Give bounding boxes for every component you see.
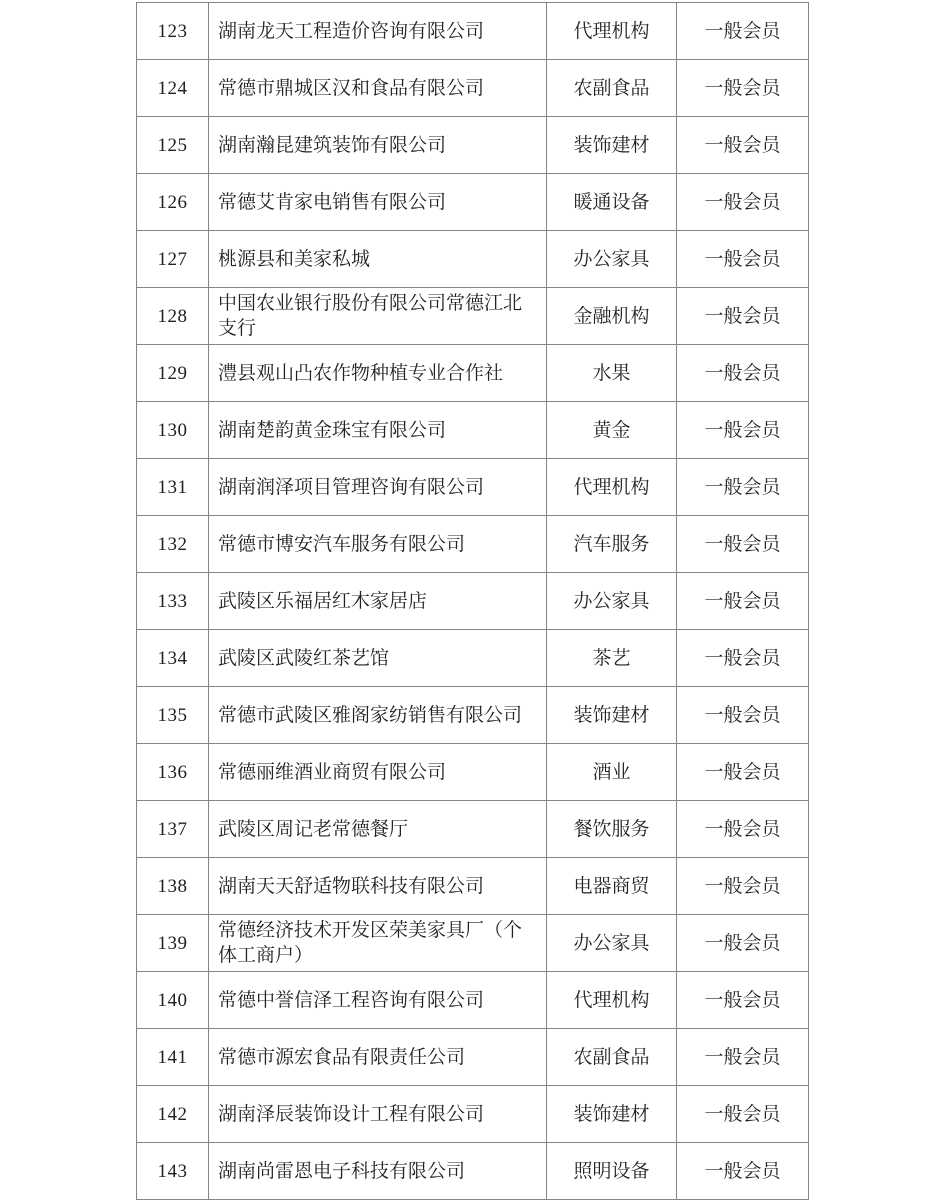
- industry-category-cell: 农副食品: [547, 60, 677, 117]
- company-name-cell: 常德市武陵区雅阁家纺销售有限公司: [209, 687, 547, 744]
- company-name-cell: 湖南楚韵黄金珠宝有限公司: [209, 402, 547, 459]
- industry-category-cell: 装饰建材: [547, 687, 677, 744]
- industry-category-cell: 照明设备: [547, 1143, 677, 1200]
- company-name-cell: 武陵区周记老常德餐厅: [209, 801, 547, 858]
- company-name-cell: 湖南润泽项目管理咨询有限公司: [209, 459, 547, 516]
- table-row: 126 常德艾肯家电销售有限公司 暖通设备 一般会员: [137, 174, 809, 231]
- row-number-cell: 141: [137, 1029, 209, 1086]
- membership-type-cell: 一般会员: [677, 60, 809, 117]
- membership-type-cell: 一般会员: [677, 1086, 809, 1143]
- table-row: 124 常德市鼎城区汉和食品有限公司 农副食品 一般会员: [137, 60, 809, 117]
- table-row: 134 武陵区武陵红茶艺馆 茶艺 一般会员: [137, 630, 809, 687]
- table-row: 143 湖南尚雷恩电子科技有限公司 照明设备 一般会员: [137, 1143, 809, 1200]
- industry-category-cell: 电器商贸: [547, 858, 677, 915]
- company-name-cell: 桃源县和美家私城: [209, 231, 547, 288]
- membership-type-cell: 一般会员: [677, 573, 809, 630]
- table-row: 141 常德市源宏食品有限责任公司 农副食品 一般会员: [137, 1029, 809, 1086]
- row-number-cell: 133: [137, 573, 209, 630]
- membership-type-cell: 一般会员: [677, 744, 809, 801]
- membership-type-cell: 一般会员: [677, 915, 809, 972]
- row-number-cell: 125: [137, 117, 209, 174]
- row-number-cell: 135: [137, 687, 209, 744]
- table-row: 125 湖南瀚昆建筑装饰有限公司 装饰建材 一般会员: [137, 117, 809, 174]
- membership-type-cell: 一般会员: [677, 687, 809, 744]
- company-name-cell: 常德丽维酒业商贸有限公司: [209, 744, 547, 801]
- company-name-cell: 常德艾肯家电销售有限公司: [209, 174, 547, 231]
- row-number-cell: 128: [137, 288, 209, 345]
- table-row: 139 常德经济技术开发区荣美家具厂（个体工商户） 办公家具 一般会员: [137, 915, 809, 972]
- membership-type-cell: 一般会员: [677, 402, 809, 459]
- industry-category-cell: 装饰建材: [547, 117, 677, 174]
- company-name-cell: 常德中誉信泽工程咨询有限公司: [209, 972, 547, 1029]
- industry-category-cell: 汽车服务: [547, 516, 677, 573]
- table-row: 129 澧县观山凸农作物种植专业合作社 水果 一般会员: [137, 345, 809, 402]
- table-row: 127 桃源县和美家私城 办公家具 一般会员: [137, 231, 809, 288]
- row-number-cell: 130: [137, 402, 209, 459]
- row-number-cell: 127: [137, 231, 209, 288]
- row-number-cell: 131: [137, 459, 209, 516]
- row-number-cell: 129: [137, 345, 209, 402]
- table-row: 132 常德市博安汽车服务有限公司 汽车服务 一般会员: [137, 516, 809, 573]
- row-number-cell: 124: [137, 60, 209, 117]
- company-name-cell: 湖南尚雷恩电子科技有限公司: [209, 1143, 547, 1200]
- row-number-cell: 142: [137, 1086, 209, 1143]
- table-row: 131 湖南润泽项目管理咨询有限公司 代理机构 一般会员: [137, 459, 809, 516]
- membership-type-cell: 一般会员: [677, 3, 809, 60]
- industry-category-cell: 代理机构: [547, 3, 677, 60]
- row-number-cell: 123: [137, 3, 209, 60]
- membership-type-cell: 一般会员: [677, 630, 809, 687]
- industry-category-cell: 金融机构: [547, 288, 677, 345]
- row-number-cell: 143: [137, 1143, 209, 1200]
- table-row: 133 武陵区乐福居红木家居店 办公家具 一般会员: [137, 573, 809, 630]
- row-number-cell: 134: [137, 630, 209, 687]
- member-table-body: 123 湖南龙天工程造价咨询有限公司 代理机构 一般会员 124 常德市鼎城区汉…: [137, 3, 809, 1200]
- row-number-cell: 126: [137, 174, 209, 231]
- company-name-cell: 湖南瀚昆建筑装饰有限公司: [209, 117, 547, 174]
- row-number-cell: 136: [137, 744, 209, 801]
- company-name-cell: 常德市博安汽车服务有限公司: [209, 516, 547, 573]
- table-row: 136 常德丽维酒业商贸有限公司 酒业 一般会员: [137, 744, 809, 801]
- row-number-cell: 140: [137, 972, 209, 1029]
- membership-type-cell: 一般会员: [677, 345, 809, 402]
- industry-category-cell: 办公家具: [547, 915, 677, 972]
- company-name-cell: 武陵区乐福居红木家居店: [209, 573, 547, 630]
- company-name-cell: 湖南泽辰装饰设计工程有限公司: [209, 1086, 547, 1143]
- industry-category-cell: 农副食品: [547, 1029, 677, 1086]
- company-name-cell: 湖南龙天工程造价咨询有限公司: [209, 3, 547, 60]
- membership-type-cell: 一般会员: [677, 801, 809, 858]
- table-row: 135 常德市武陵区雅阁家纺销售有限公司 装饰建材 一般会员: [137, 687, 809, 744]
- company-name-cell: 武陵区武陵红茶艺馆: [209, 630, 547, 687]
- industry-category-cell: 暖通设备: [547, 174, 677, 231]
- membership-type-cell: 一般会员: [677, 459, 809, 516]
- member-list-table: 123 湖南龙天工程造价咨询有限公司 代理机构 一般会员 124 常德市鼎城区汉…: [136, 2, 809, 1200]
- membership-type-cell: 一般会员: [677, 288, 809, 345]
- membership-type-cell: 一般会员: [677, 516, 809, 573]
- industry-category-cell: 装饰建材: [547, 1086, 677, 1143]
- table-row: 140 常德中誉信泽工程咨询有限公司 代理机构 一般会员: [137, 972, 809, 1029]
- membership-type-cell: 一般会员: [677, 1029, 809, 1086]
- membership-type-cell: 一般会员: [677, 1143, 809, 1200]
- table-row: 142 湖南泽辰装饰设计工程有限公司 装饰建材 一般会员: [137, 1086, 809, 1143]
- table-row: 130 湖南楚韵黄金珠宝有限公司 黄金 一般会员: [137, 402, 809, 459]
- membership-type-cell: 一般会员: [677, 174, 809, 231]
- industry-category-cell: 水果: [547, 345, 677, 402]
- company-name-cell: 湖南天天舒适物联科技有限公司: [209, 858, 547, 915]
- company-name-cell: 常德市源宏食品有限责任公司: [209, 1029, 547, 1086]
- row-number-cell: 137: [137, 801, 209, 858]
- membership-type-cell: 一般会员: [677, 858, 809, 915]
- document-page: 123 湖南龙天工程造价咨询有限公司 代理机构 一般会员 124 常德市鼎城区汉…: [0, 0, 939, 1200]
- table-row: 128 中国农业银行股份有限公司常德江北支行 金融机构 一般会员: [137, 288, 809, 345]
- table-row: 137 武陵区周记老常德餐厅 餐饮服务 一般会员: [137, 801, 809, 858]
- industry-category-cell: 茶艺: [547, 630, 677, 687]
- company-name-cell: 常德经济技术开发区荣美家具厂（个体工商户）: [209, 915, 547, 972]
- row-number-cell: 139: [137, 915, 209, 972]
- table-row: 123 湖南龙天工程造价咨询有限公司 代理机构 一般会员: [137, 3, 809, 60]
- row-number-cell: 138: [137, 858, 209, 915]
- industry-category-cell: 黄金: [547, 402, 677, 459]
- company-name-cell: 常德市鼎城区汉和食品有限公司: [209, 60, 547, 117]
- company-name-cell: 澧县观山凸农作物种植专业合作社: [209, 345, 547, 402]
- row-number-cell: 132: [137, 516, 209, 573]
- membership-type-cell: 一般会员: [677, 972, 809, 1029]
- industry-category-cell: 办公家具: [547, 231, 677, 288]
- company-name-cell: 中国农业银行股份有限公司常德江北支行: [209, 288, 547, 345]
- industry-category-cell: 餐饮服务: [547, 801, 677, 858]
- membership-type-cell: 一般会员: [677, 117, 809, 174]
- table-row: 138 湖南天天舒适物联科技有限公司 电器商贸 一般会员: [137, 858, 809, 915]
- industry-category-cell: 酒业: [547, 744, 677, 801]
- industry-category-cell: 代理机构: [547, 459, 677, 516]
- industry-category-cell: 代理机构: [547, 972, 677, 1029]
- industry-category-cell: 办公家具: [547, 573, 677, 630]
- membership-type-cell: 一般会员: [677, 231, 809, 288]
